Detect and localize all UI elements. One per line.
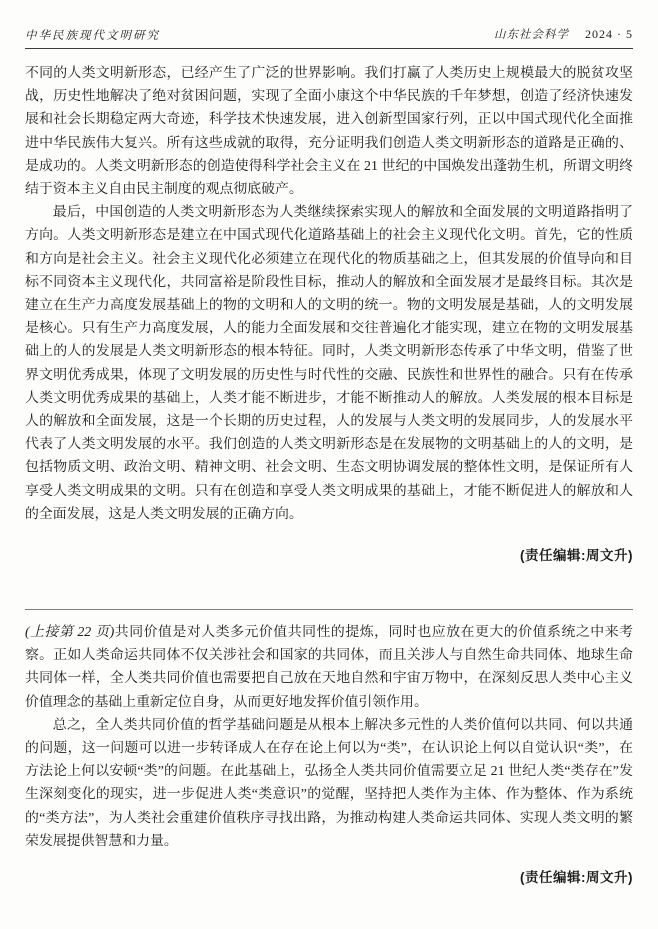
journal-issue-group: 山东社会科学2024 · 5 [494, 25, 633, 43]
column-title: 中华民族现代文明研究 [25, 27, 160, 43]
article-2-body: (上接第 22 页)共同价值是对人类多元价值共同性的提炼，同时也应放在更大的价值… [25, 621, 633, 853]
running-head: 中华民族现代文明研究 山东社会科学2024 · 5 [25, 0, 633, 43]
paragraph-text: 共同价值是对人类多元价值共同性的提炼，同时也应放在更大的价值系统之中来考察。正如… [25, 625, 633, 710]
article-1-body: 不同的人类文明新形态，已经产生了广泛的世界影响。我们打赢了人类历史上规模最大的脱… [25, 62, 633, 526]
journal-name: 山东社会科学 [494, 29, 569, 41]
paragraph: 最后，中国创造的人类文明新形态为人类继续探索实现人的解放和全面发展的文明道路指明… [25, 201, 633, 526]
journal-page: 中华民族现代文明研究 山东社会科学2024 · 5 不同的人类文明新形态，已经产… [0, 0, 658, 929]
continuation-note: (上接第 22 页) [25, 625, 114, 640]
paragraph: 总之，全人类共同价值的哲学基础问题是从根本上解决多元性的人类价值何以共同、何以共… [25, 714, 633, 853]
issue-number: 2024 · 5 [585, 27, 633, 41]
section-divider [25, 609, 633, 610]
paragraph: 不同的人类文明新形态，已经产生了广泛的世界影响。我们打赢了人类历史上规模最大的脱… [25, 62, 633, 201]
editor-note: (责任编辑:周文升) [25, 544, 633, 564]
editor-note: (责任编辑:周文升) [25, 866, 633, 886]
paragraph: (上接第 22 页)共同价值是对人类多元价值共同性的提炼，同时也应放在更大的价值… [25, 621, 633, 714]
header-rule [25, 48, 633, 49]
